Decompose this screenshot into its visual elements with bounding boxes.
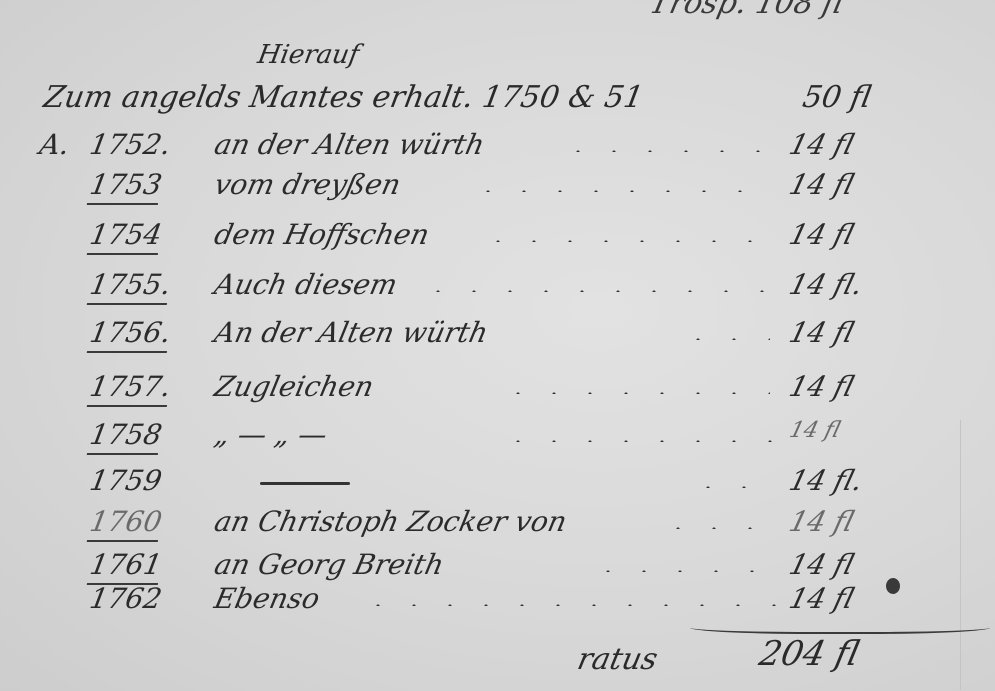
entry-year: 1756. — [87, 316, 174, 353]
entry-amount: 14 fl — [786, 218, 857, 251]
entry-year: 1762 — [87, 582, 164, 617]
dot-leader — [420, 290, 770, 292]
carried-forward-note: Trosp. 108 fl — [646, 0, 846, 21]
entry-amount: 14 fl — [786, 316, 857, 349]
entry-amount: 14 fl — [786, 128, 857, 161]
dot-leader — [690, 486, 770, 488]
entry-year: 1760 — [87, 505, 165, 542]
total-amount: 204 fl — [756, 634, 863, 674]
ledger-row: 1754 dem Hoffschen 14 fl — [0, 218, 995, 254]
ledger-row: 1753 vom dreyßen 14 fl — [0, 168, 995, 204]
entry-description: Auch diesem — [211, 268, 400, 301]
page-edge-line — [960, 420, 961, 690]
entry-prefix: A. — [37, 128, 72, 161]
ledger-row: 1761 an Georg Breith 14 fl — [0, 548, 995, 584]
entry-year: 1759 — [87, 464, 164, 499]
ledger-row: 1762 Ebenso 14 fl — [0, 582, 995, 618]
entry-description: an Christoph Zocker von — [211, 505, 569, 538]
ledger-row: 1760 an Christoph Zocker von 14 fl — [0, 505, 995, 541]
dot-leader — [500, 392, 770, 394]
entry-description: an Georg Breith — [211, 548, 446, 581]
entry-amount: 14 fl — [787, 418, 843, 443]
entry-year: 1757. — [87, 370, 174, 407]
ledger-row: 1758 „ — „ — 14 fl — [0, 418, 995, 454]
entry-year: 1752. — [87, 128, 173, 163]
opening-entry-text: Zum angelds Mantes erhalt. 1750 & 51 — [41, 80, 646, 115]
dot-leader — [480, 240, 770, 242]
ledger-page: Trosp. 108 fl Hierauf Zum angelds Mantes… — [0, 0, 995, 691]
entry-year: 1754 — [87, 218, 165, 255]
ledger-row: A. 1752. an der Alten würth 14 fl — [0, 128, 995, 164]
entry-description: Ebenso — [211, 582, 322, 615]
dot-leader — [660, 527, 770, 529]
ledger-row: 1757. Zugleichen 14 fl — [0, 370, 995, 406]
entry-description: vom dreyßen — [211, 168, 403, 201]
entry-amount: 14 fl — [786, 505, 857, 538]
ledger-row: 1759 14 fl. — [0, 464, 995, 500]
dot-leader — [470, 190, 770, 192]
entry-year: 1753 — [87, 168, 165, 205]
ledger-row: 1755. Auch diesem 14 fl. — [0, 268, 995, 304]
entry-amount: 14 fl. — [786, 268, 866, 301]
opening-entry-amount: 50 fl — [800, 80, 874, 115]
entry-amount: 14 fl — [786, 168, 857, 201]
entry-amount: 14 fl — [786, 582, 857, 615]
dot-leader — [680, 338, 770, 340]
entry-amount: 14 fl — [786, 370, 857, 403]
sum-brace-line — [690, 618, 990, 634]
entry-description: An der Alten würth — [211, 316, 491, 349]
dot-leader — [500, 440, 790, 442]
entry-description: dem Hoffschen — [211, 218, 432, 251]
dot-leader — [590, 570, 780, 572]
entry-description: an der Alten würth — [211, 128, 487, 161]
entry-amount: 14 fl — [786, 548, 857, 581]
blank-dash — [260, 482, 350, 485]
total-label: ratus — [574, 642, 660, 677]
entry-description: „ — „ — — [211, 418, 330, 451]
entry-year: 1758 — [87, 418, 165, 455]
ink-blot — [886, 578, 900, 594]
entry-description: Zugleichen — [211, 370, 376, 403]
dot-leader — [560, 150, 760, 152]
ledger-row: 1756. An der Alten würth 14 fl — [0, 316, 995, 352]
entry-year: 1755. — [87, 268, 174, 305]
dot-leader — [360, 604, 780, 606]
section-heading: Hierauf — [255, 40, 361, 70]
entry-amount: 14 fl. — [786, 464, 866, 497]
entry-year: 1761 — [87, 548, 165, 585]
